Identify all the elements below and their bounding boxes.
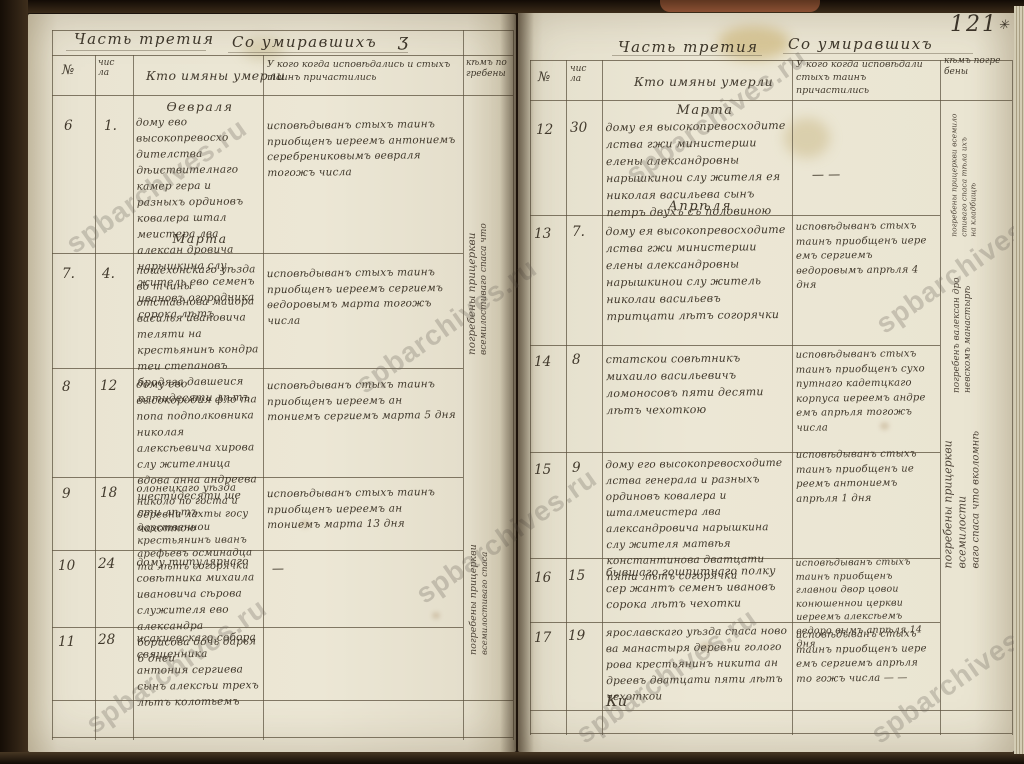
- corner-mark: ✳: [998, 18, 1011, 33]
- entry-number: 7.: [62, 266, 75, 282]
- title-flourish: ʒ: [398, 30, 410, 51]
- entry-confession-text: исповѣдыванъ стыхъ таинъ приобщенъ иерее…: [267, 485, 460, 534]
- entry-number: 15: [534, 462, 551, 478]
- table-rule-horizontal: [52, 95, 513, 96]
- entry-number: 8: [62, 379, 71, 395]
- margin-note-line: погребены прицеркви всемило: [949, 62, 959, 237]
- page-title-part: Часть третия: [74, 30, 215, 48]
- row-rule: [530, 345, 940, 346]
- table-rule-horizontal: [530, 100, 1012, 101]
- entry-number: 12: [536, 122, 553, 138]
- table-rule-horizontal: [52, 55, 513, 56]
- entry-confession-text: —: [272, 560, 332, 577]
- entry-deceased-text: дому ея высокопревосходите лства гжи мин…: [605, 221, 790, 325]
- entry-confession-text: исповѣдыванъ стыхъ таинъ приобщенъ ие ре…: [796, 447, 937, 507]
- table-rule-vertical: [463, 30, 464, 740]
- table-rule-vertical: [263, 55, 264, 740]
- binding-top-edge: [0, 0, 1024, 13]
- entry-number: 13: [534, 226, 551, 242]
- entry-day: 18: [100, 485, 117, 501]
- column-header-day: чис ла: [570, 64, 598, 84]
- entry-confession-text: исповѣдыванъ стыхъ таинъ приобщенъ иере …: [796, 627, 937, 687]
- margin-note-line: ваго спаса что вколомнѣ: [970, 369, 983, 569]
- margin-note-line: на кладбищѣ: [968, 62, 978, 237]
- binding-bottom-edge: [0, 752, 1024, 764]
- page-title-part: Часть третия: [618, 38, 759, 56]
- entry-deceased-text: статскои совѣтникъ михаило васильевичъ л…: [606, 349, 791, 419]
- table-rule-vertical: [566, 60, 567, 735]
- margin-note-burial: погребены прицеркви всемило стиваго спас…: [949, 62, 978, 237]
- entry-day: 8: [572, 352, 581, 368]
- entry-day: 19: [568, 628, 585, 644]
- page-number: 121: [950, 12, 998, 37]
- table-rule-vertical: [602, 60, 603, 735]
- column-header-confession: У кого когда исповѣдали стыхъ таинъ прич…: [796, 58, 936, 97]
- foxing-spot: [432, 612, 440, 619]
- margin-note-line: стиваго спаса тѣла ихъ: [959, 62, 969, 237]
- manuscript-scan: Часть третия Со умиравшихъ ʒ № чис ла Кт…: [0, 0, 1024, 764]
- column-header-who: Кто имяны умерли: [146, 68, 285, 83]
- title-underline: [66, 50, 206, 51]
- row-rule: [52, 737, 513, 738]
- entry-number: 6: [64, 118, 73, 134]
- column-header-day: чис ла: [98, 58, 124, 78]
- entry-day: 30: [570, 120, 587, 136]
- entry-confession-text: — —: [812, 166, 892, 183]
- section-heading-february: Ѳевраля: [140, 99, 260, 114]
- page-title-deceased: Со умиравшихъ: [788, 35, 933, 53]
- page-edge-stack: [1014, 6, 1024, 754]
- spine-leather: [660, 0, 820, 12]
- paper-stain: [784, 118, 830, 158]
- entry-number: 11: [58, 634, 75, 650]
- title-underline: [228, 52, 408, 53]
- title-underline: [783, 53, 973, 54]
- entry-day: 1.: [104, 118, 117, 134]
- entry-day: 12: [100, 378, 117, 394]
- entry-day: 24: [98, 556, 115, 572]
- entry-day: 7.: [572, 224, 585, 240]
- entry-day: 15: [568, 568, 585, 584]
- table-rule-vertical: [792, 60, 793, 735]
- entry-number: 14: [534, 354, 551, 370]
- margin-note-line: погребены прицеркви всемилости: [942, 369, 970, 569]
- page-title-deceased: Со умиравшихъ: [232, 33, 377, 51]
- book-gutter-shadow: [500, 10, 534, 752]
- binding-left-edge: [0, 0, 28, 764]
- column-header-confession: У кого когда исповѣдались и стыхъ таинъ …: [267, 58, 457, 84]
- margin-note-burial: погребены прицеркви всемилости ваго спас…: [942, 369, 983, 569]
- entry-deceased-text: бывшаго гошпитнаго полку сер жантъ семен…: [606, 563, 791, 613]
- table-rule-vertical: [52, 30, 53, 740]
- column-header-no: №: [538, 70, 550, 85]
- entry-number: 9: [62, 486, 71, 502]
- entry-number: 16: [534, 570, 551, 586]
- entry-number: 10: [58, 558, 75, 574]
- entry-day: 4.: [102, 266, 115, 282]
- table-rule-vertical: [95, 55, 96, 740]
- entry-confession-text: исповѣдыванъ стыхъ таинъ приобщенъ иерее…: [267, 117, 460, 181]
- column-header-no: №: [62, 63, 74, 78]
- entry-day: 28: [98, 632, 115, 648]
- entry-confession-text: исповѣдыванъ стыхъ таинъ приобщенъ сухо …: [795, 347, 936, 436]
- table-rule-vertical: [133, 55, 134, 740]
- entry-number: 17: [534, 630, 551, 646]
